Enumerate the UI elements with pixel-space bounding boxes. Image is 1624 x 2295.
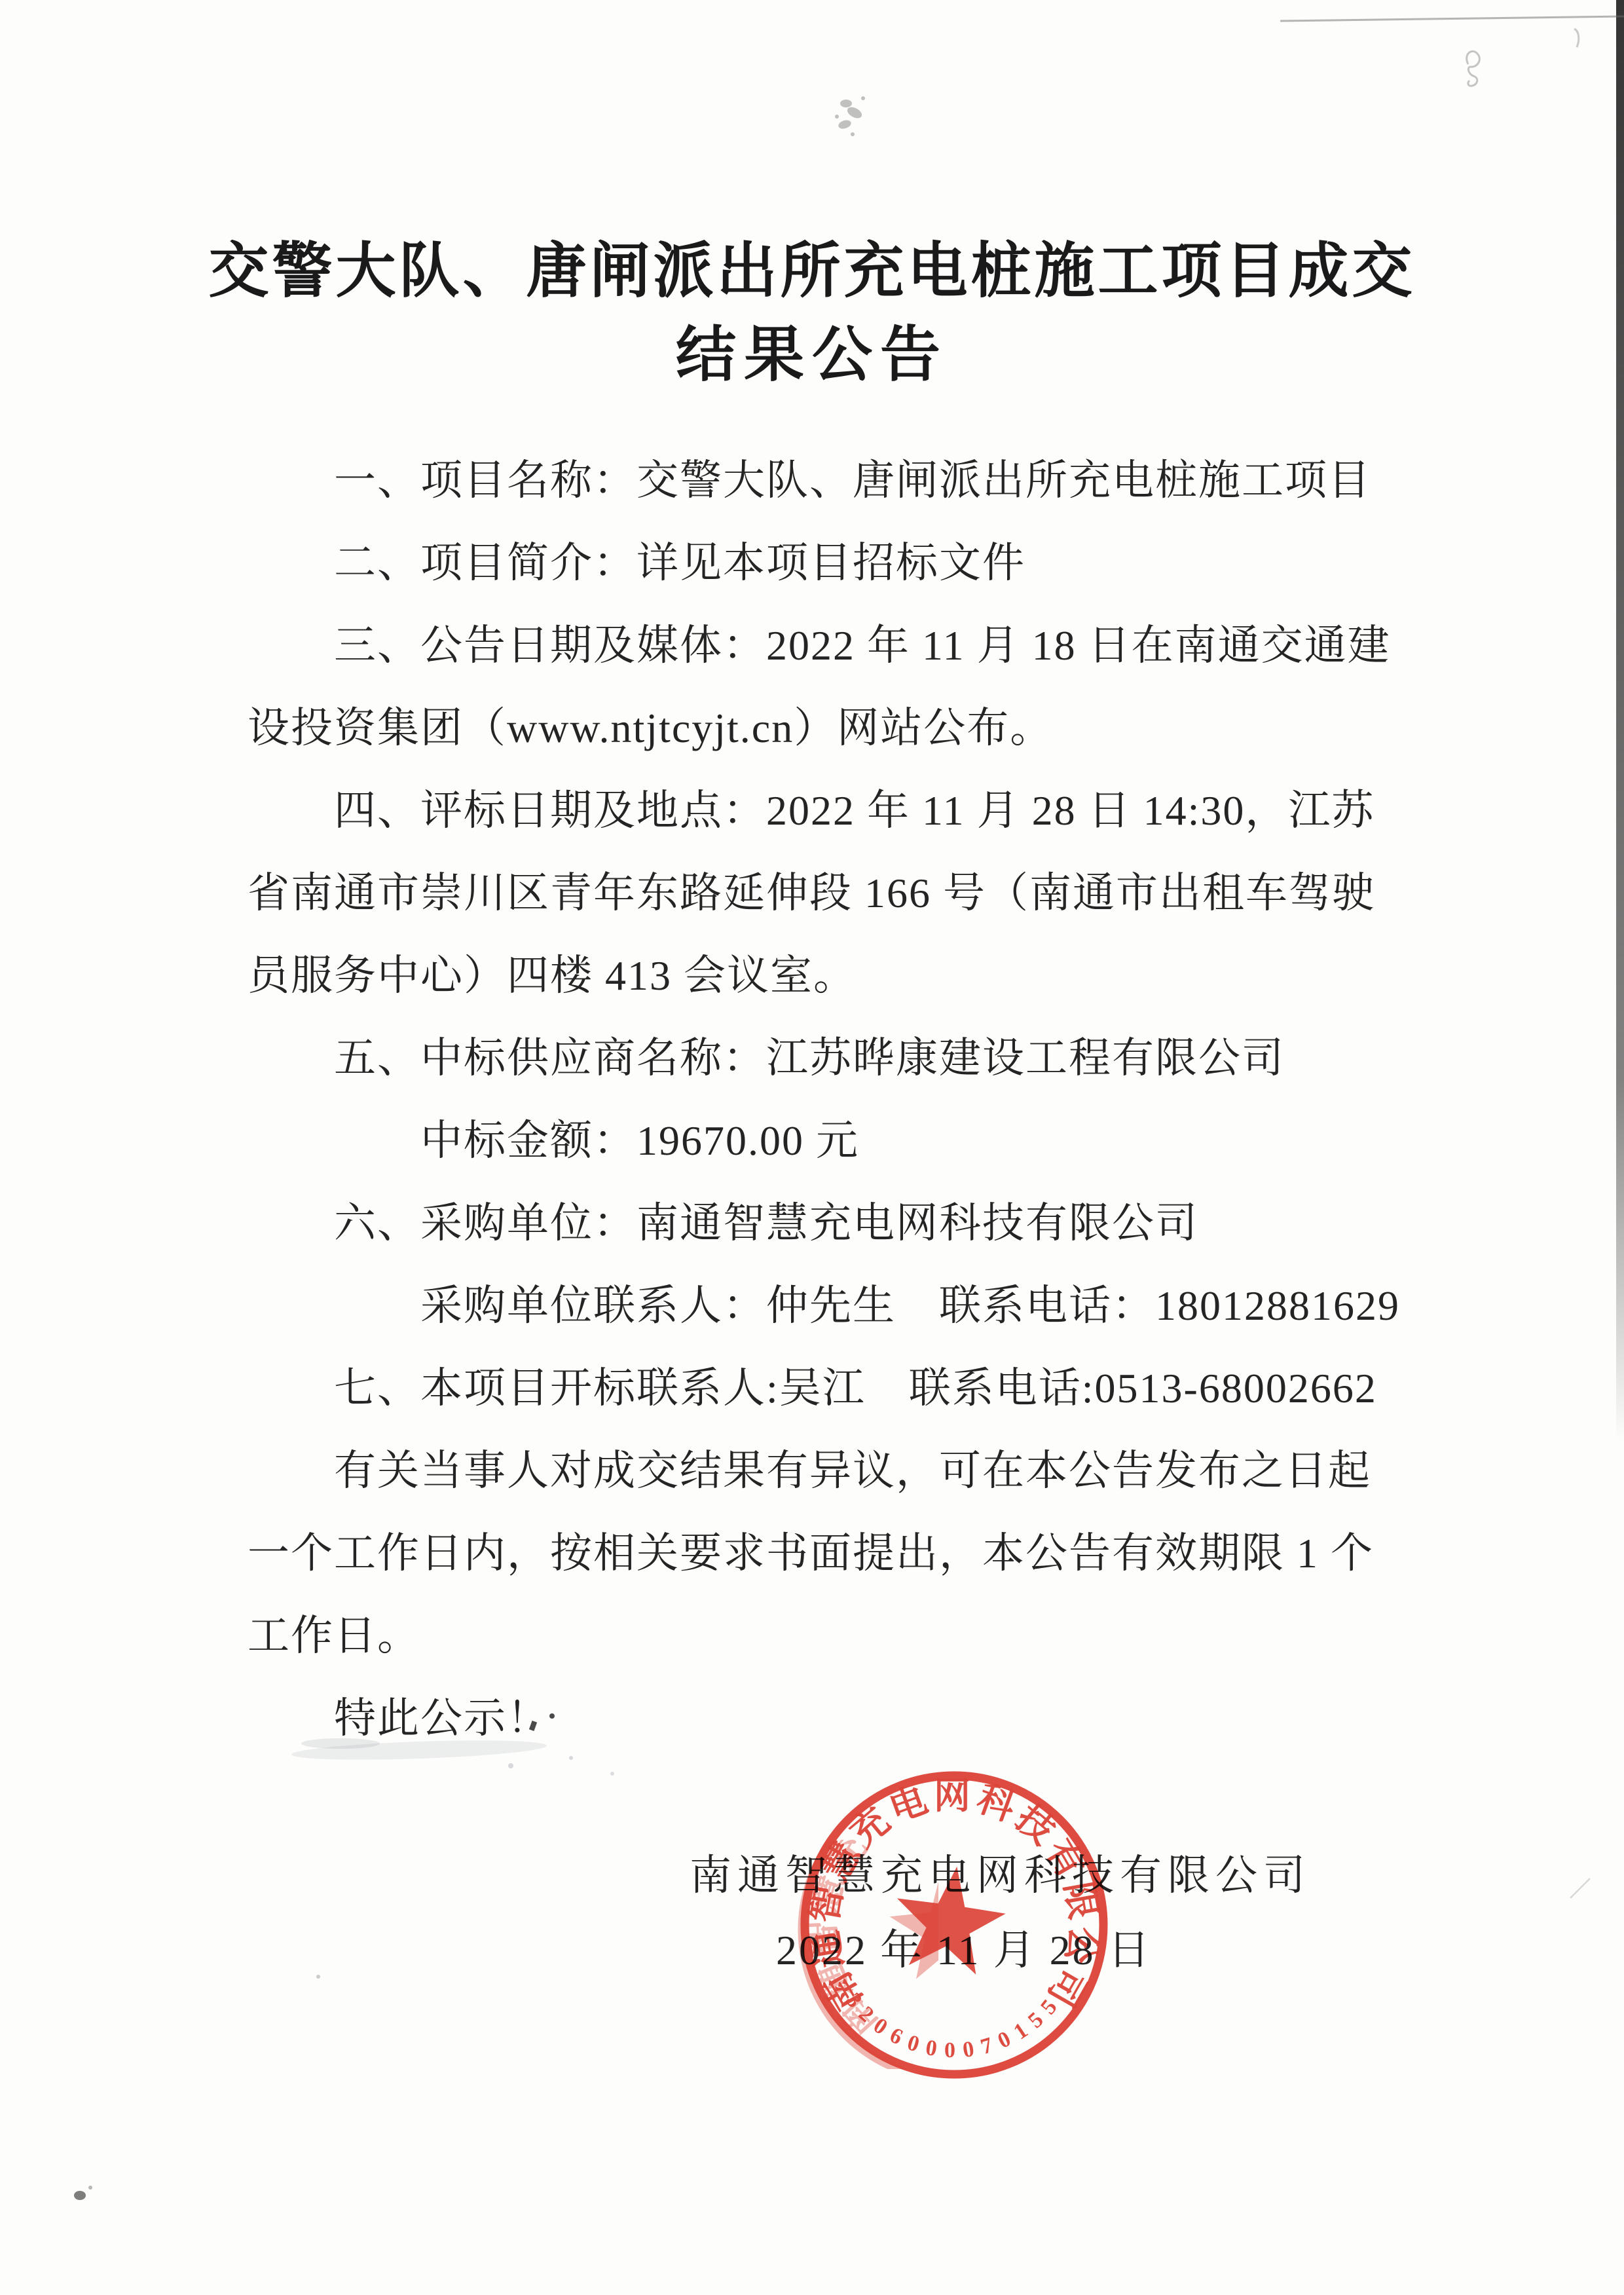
body-line: 设投资集团（www.ntjtcyjt.cn）网站公布。: [248, 687, 1387, 770]
body-line: 一、项目名称：交警大队、唐闸派出所充电桩施工项目: [248, 439, 1387, 522]
body-line: 省南通市崇川区青年东路延伸段 166 号（南通市出租车驾驶: [248, 852, 1387, 935]
body-line: 七、本项目开标联系人:吴江 联系电话:0513-68002662: [248, 1347, 1387, 1430]
body-line: 采购单位联系人：仲先生 联系电话：18012881629: [248, 1265, 1387, 1347]
body-line: 二、项目简介：详见本项目招标文件: [248, 522, 1387, 605]
body-line: 一个工作日内，按相关要求书面提出，本公告有效期限 1 个: [248, 1512, 1387, 1595]
squiggle-mark: [1467, 51, 1480, 86]
body-line: 有关当事人对成交结果有异议，可在本公告发布之日起: [248, 1430, 1387, 1512]
body-line: 工作日。: [248, 1595, 1387, 1677]
announcement-document-page: 交警大队、唐闸派出所充电桩施工项目成交 结果公告 一、项目名称：交警大队、唐闸派…: [0, 0, 1624, 2295]
title-line-1: 交警大队、唐闸派出所充电桩施工项目成交: [0, 229, 1624, 313]
official-seal: 南通智慧充电网科技有限公司 南通智慧充电网科技有限公司 320600007015…: [777, 1748, 1131, 2102]
body-line: 员服务中心）四楼 413 会议室。: [248, 935, 1387, 1017]
body-line: 三、公告日期及媒体：2022 年 11 月 18 日在南通交通建: [248, 605, 1387, 687]
body-line: 四、评标日期及地点：2022 年 11 月 28 日 14:30，江苏: [248, 770, 1387, 852]
smudge-top-center: [835, 96, 865, 136]
document-body: 一、项目名称：交警大队、唐闸派出所充电桩施工项目 二、项目简介：详见本项目招标文…: [248, 439, 1387, 1760]
body-line: 五、中标供应商名称：江苏晔康建设工程有限公司: [248, 1017, 1387, 1100]
scan-edge-strip: [1616, 0, 1624, 1441]
title-line-2: 结果公告: [0, 313, 1624, 397]
hook-mark: [1574, 29, 1579, 47]
document-title: 交警大队、唐闸派出所充电桩施工项目成交 结果公告: [0, 229, 1624, 397]
body-line: 六、采购单位：南通智慧充电网科技有限公司: [248, 1182, 1387, 1265]
body-line: 中标金额：19670.00 元: [248, 1100, 1387, 1182]
scan-edge-top-line: [1280, 16, 1624, 21]
